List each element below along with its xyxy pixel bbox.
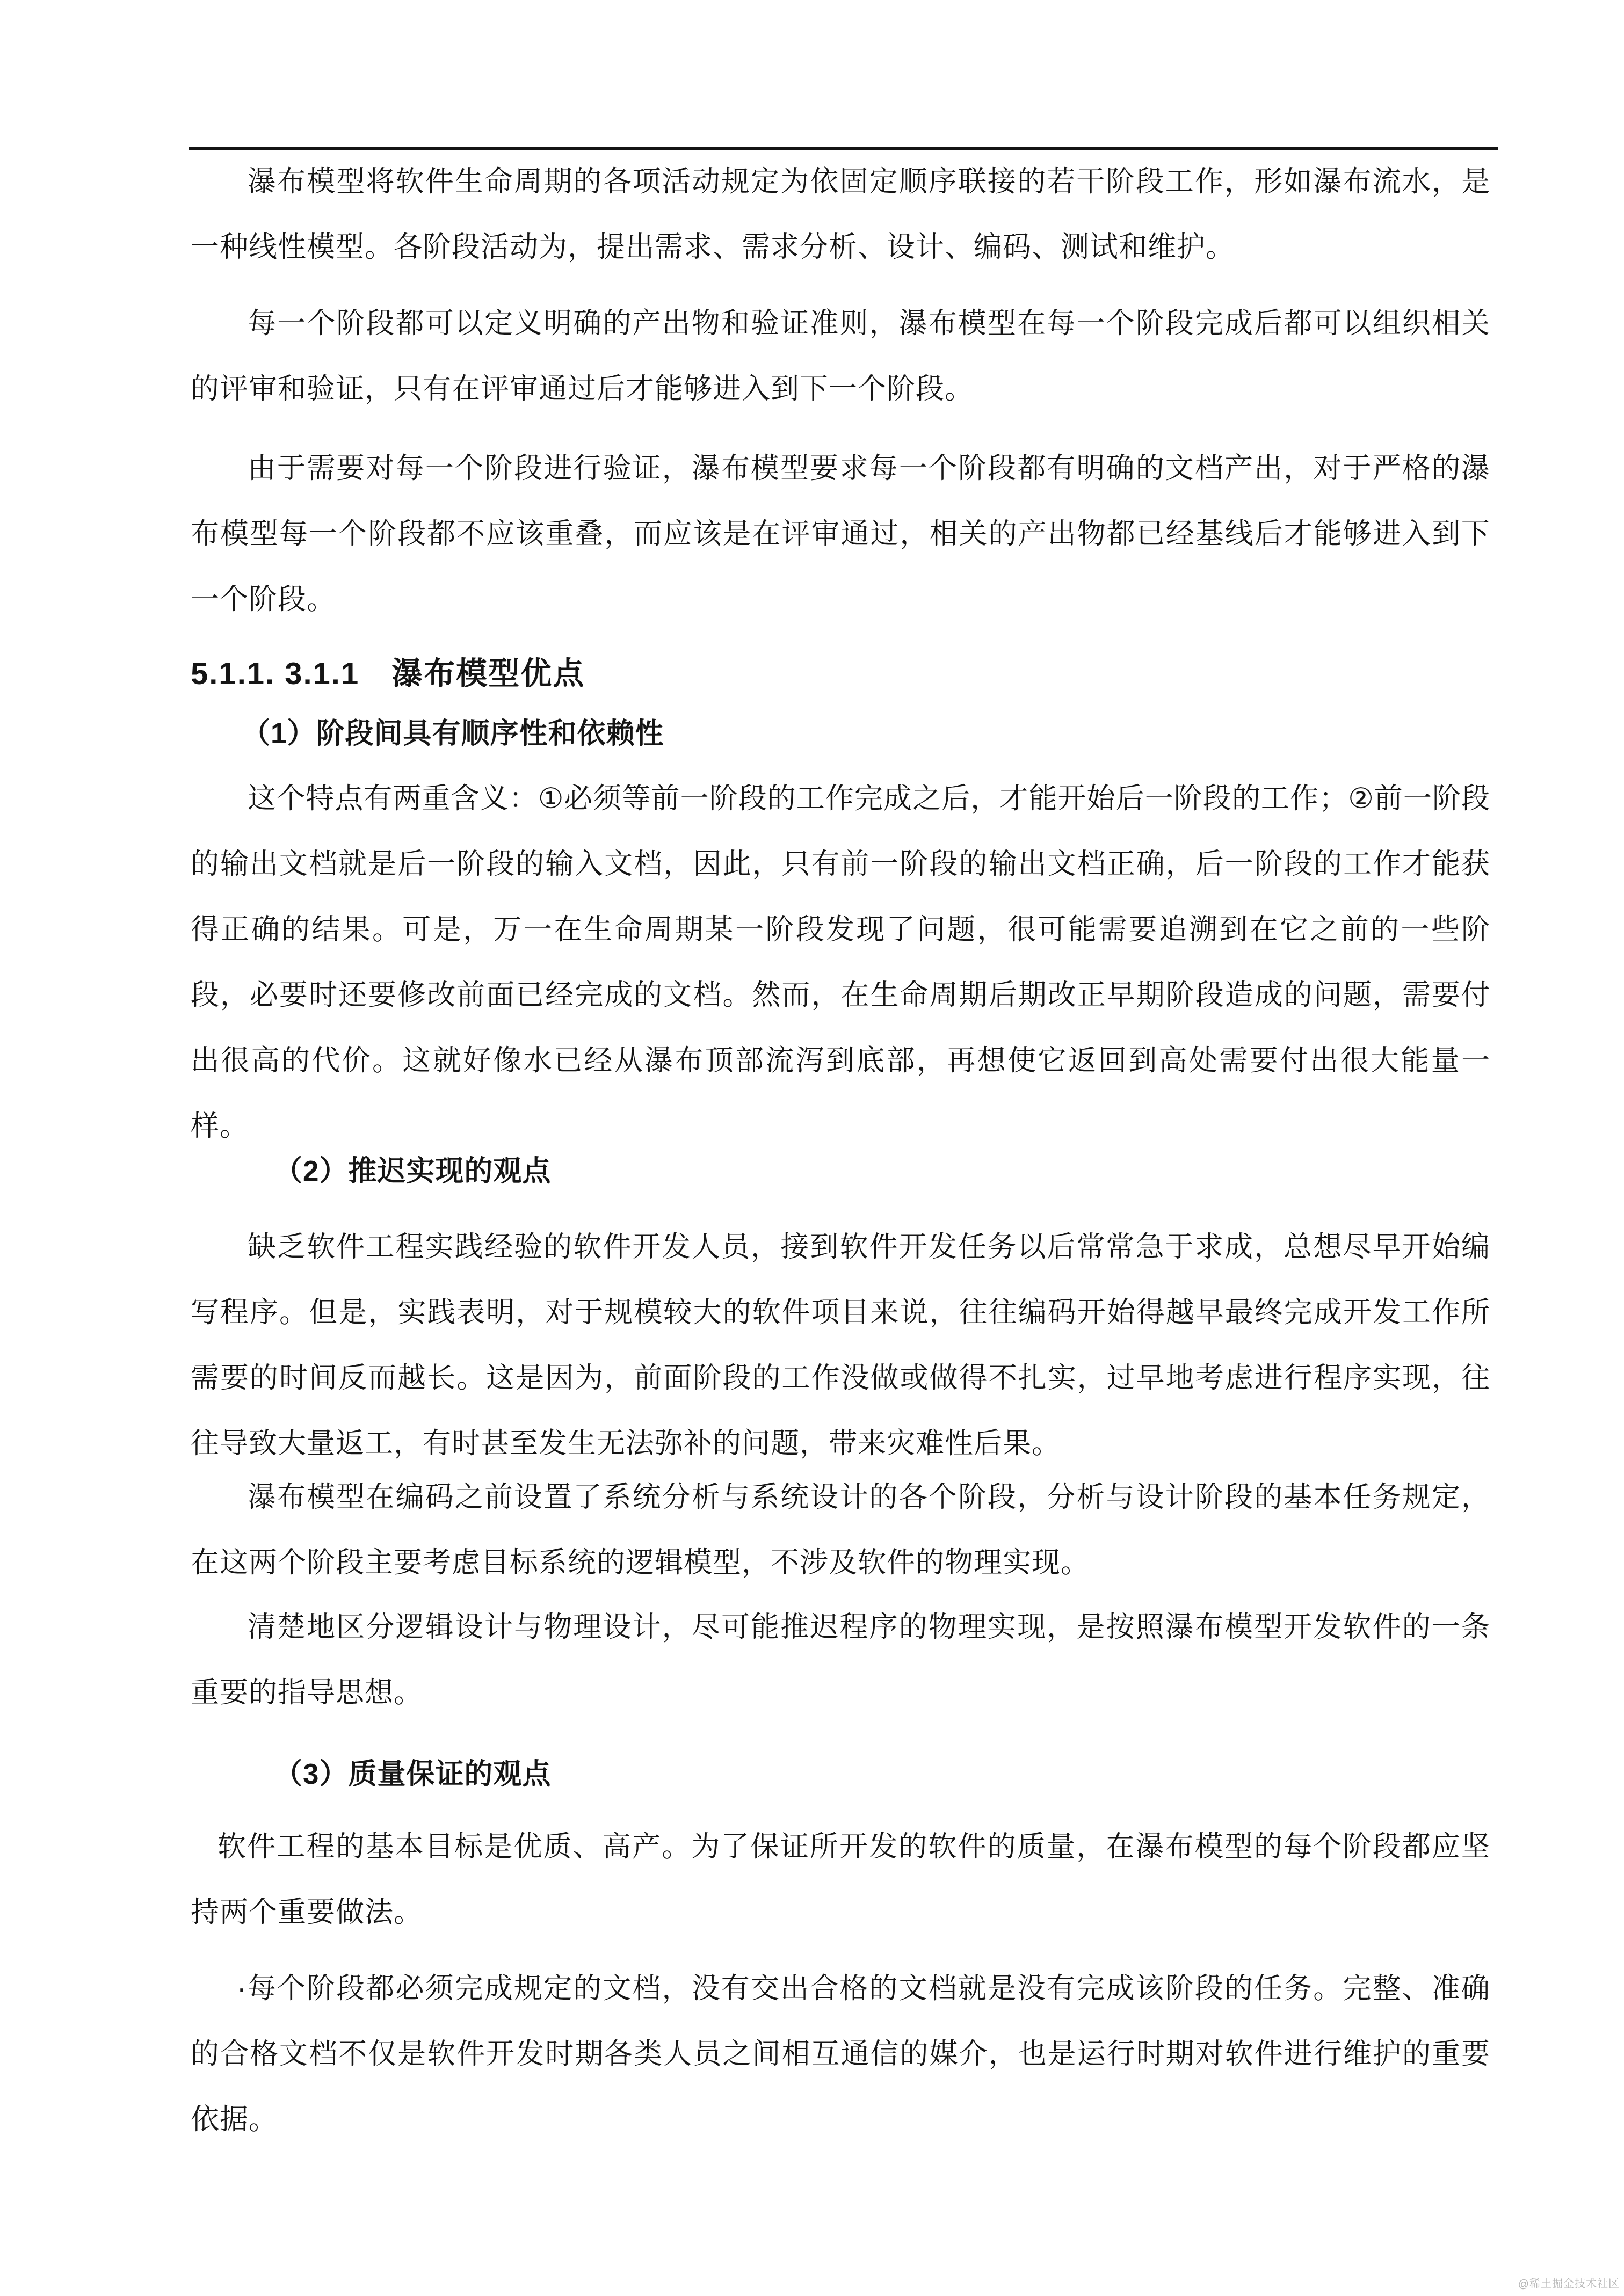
subheading-3-quality-assurance: （3）质量保证的观点 (191, 1752, 1574, 1797)
paragraph-document-requirement: ·每个阶段都必须完成规定的文档，没有交出合格的文档就是没有完成该阶段的任务。完整… (191, 1956, 1490, 2153)
subheading-2-delayed-implementation: （2）推迟实现的观点 (191, 1149, 1574, 1194)
paragraph-analysis-design-stages: 瀑布模型在编码之前设置了系统分析与系统设计的各个阶段，分析与设计阶段的基本任务规… (191, 1465, 1490, 1596)
paragraph-inexperienced-developers: 缺乏软件工程实践经验的软件开发人员，接到软件开发任务以后常常急于求成，总想尽早开… (191, 1215, 1490, 1477)
paragraph-verification: 由于需要对每一个阶段进行验证，瀑布模型要求每一个阶段都有明确的文档产出，对于严格… (191, 436, 1490, 633)
paragraph-quality-goals: 软件工程的基本目标是优质、高产。为了保证所开发的软件的质量，在瀑布模型的每个阶段… (191, 1814, 1490, 1945)
paragraph-two-meanings: 这个特点有两重含义：①必须等前一阶段的工作完成之后，才能开始后一阶段的工作；②前… (191, 766, 1490, 1159)
document-page: 瀑布模型将软件生命周期的各项活动规定为依固定顺序联接的若干阶段工作，形如瀑布流水… (0, 0, 1624, 2296)
watermark: @稀土掘金技术社区 (1518, 2277, 1620, 2292)
paragraph-stage-outputs: 每一个阶段都可以定义明确的产出物和验证准则，瀑布模型在每一个阶段完成后都可以组织… (191, 291, 1490, 422)
section-heading-waterfall-advantages: 5.1.1. 3.1.1 瀑布模型优点 (191, 651, 1490, 696)
paragraph-intro: 瀑布模型将软件生命周期的各项活动规定为依固定顺序联接的若干阶段工作，形如瀑布流水… (191, 149, 1490, 280)
paragraph-logical-physical-design: 清楚地区分逻辑设计与物理设计，尽可能推迟程序的物理实现，是按照瀑布模型开发软件的… (191, 1595, 1490, 1726)
subheading-1-sequence-dependency: （1）阶段间具有顺序性和依赖性 (191, 711, 1541, 757)
